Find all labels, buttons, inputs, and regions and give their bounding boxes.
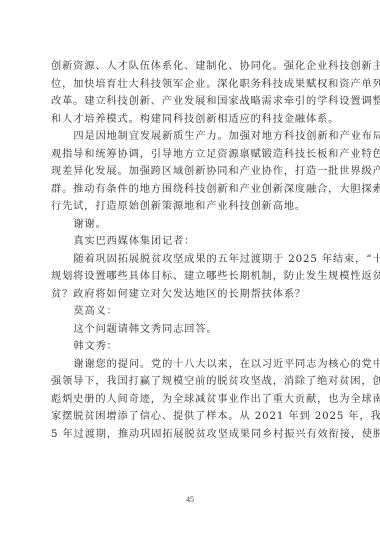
text-line: 家摆脱贫困增添了信心、提供了样本。从 2021 年到 2025 年，我们设立了 <box>51 408 332 426</box>
text-line: 规划将设置哪些具体目标、建立哪些长期机制，防止发生规模性返贫致 <box>51 268 332 286</box>
text-line: 贫？政府将如何建立对欠发达地区的长期帮扶体系？ <box>51 286 332 304</box>
text-line: 位，加快培育壮大科技领军企业。深化职务科技成果赋权和资产单列管理 <box>51 76 332 94</box>
text-line: 莫高义： <box>51 303 332 321</box>
text-line: 这个问题请韩文秀同志回答。 <box>51 321 332 339</box>
page-number: 45 <box>0 495 380 504</box>
text-line: 彪炳史册的人间奇迹，为全球减贫事业作出了重大贡献，也为全球南方国 <box>51 391 332 409</box>
text-line: 现差异化发展。加强跨区域创新协同和产业协作，打造一批世界级产业集 <box>51 163 332 181</box>
text-line: 群。推动有条件的地方围绕科技创新和产业创新深度融合，大胆探索、先 <box>51 181 332 199</box>
text-line: 和人才培养模式。构建同科技创新相适应的科技金融体系。 <box>51 111 332 129</box>
text-line: 谢谢。 <box>51 216 332 234</box>
text-line: 强领导下，我国打赢了规模空前的脱贫攻坚战，消除了绝对贫困，创造了 <box>51 373 332 391</box>
text-line: 观指导和统筹协调，引导地方立足资源禀赋锻造科技长板和产业特色，实 <box>51 146 332 164</box>
text-line: 改革。建立科技创新、产业发展和国家战略需求牵引的学科设置调整机制 <box>51 93 332 111</box>
text-line: 谢谢您的提问。党的十八大以来，在以习近平同志为核心的党中央坚 <box>51 356 332 374</box>
body-text: 创新资源、人才队伍体系化、建制化、协同化。强化企业科技创新主体地位，加快培育壮大… <box>51 58 332 443</box>
text-line: 随着巩固拓展脱贫攻坚成果的五年过渡期于 2025 年结束，“十五五” <box>51 251 332 269</box>
text-line: 创新资源、人才队伍体系化、建制化、协同化。强化企业科技创新主体地 <box>51 58 332 76</box>
document-page: 创新资源、人才队伍体系化、建制化、协同化。强化企业科技创新主体地位，加快培育壮大… <box>0 0 380 537</box>
text-line: 5 年过渡期，推动巩固拓展脱贫攻坚成果同乡村振兴有效衔接，使脱贫基 <box>51 426 332 444</box>
text-line: 行先试，打造原始创新策源地和产业科技创新高地。 <box>51 198 332 216</box>
text-line: 四是因地制宜发展新质生产力。加强对地方科技创新和产业布局的宏 <box>51 128 332 146</box>
text-line: 真实巴西媒体集团记者： <box>51 233 332 251</box>
text-line: 韩文秀： <box>51 338 332 356</box>
